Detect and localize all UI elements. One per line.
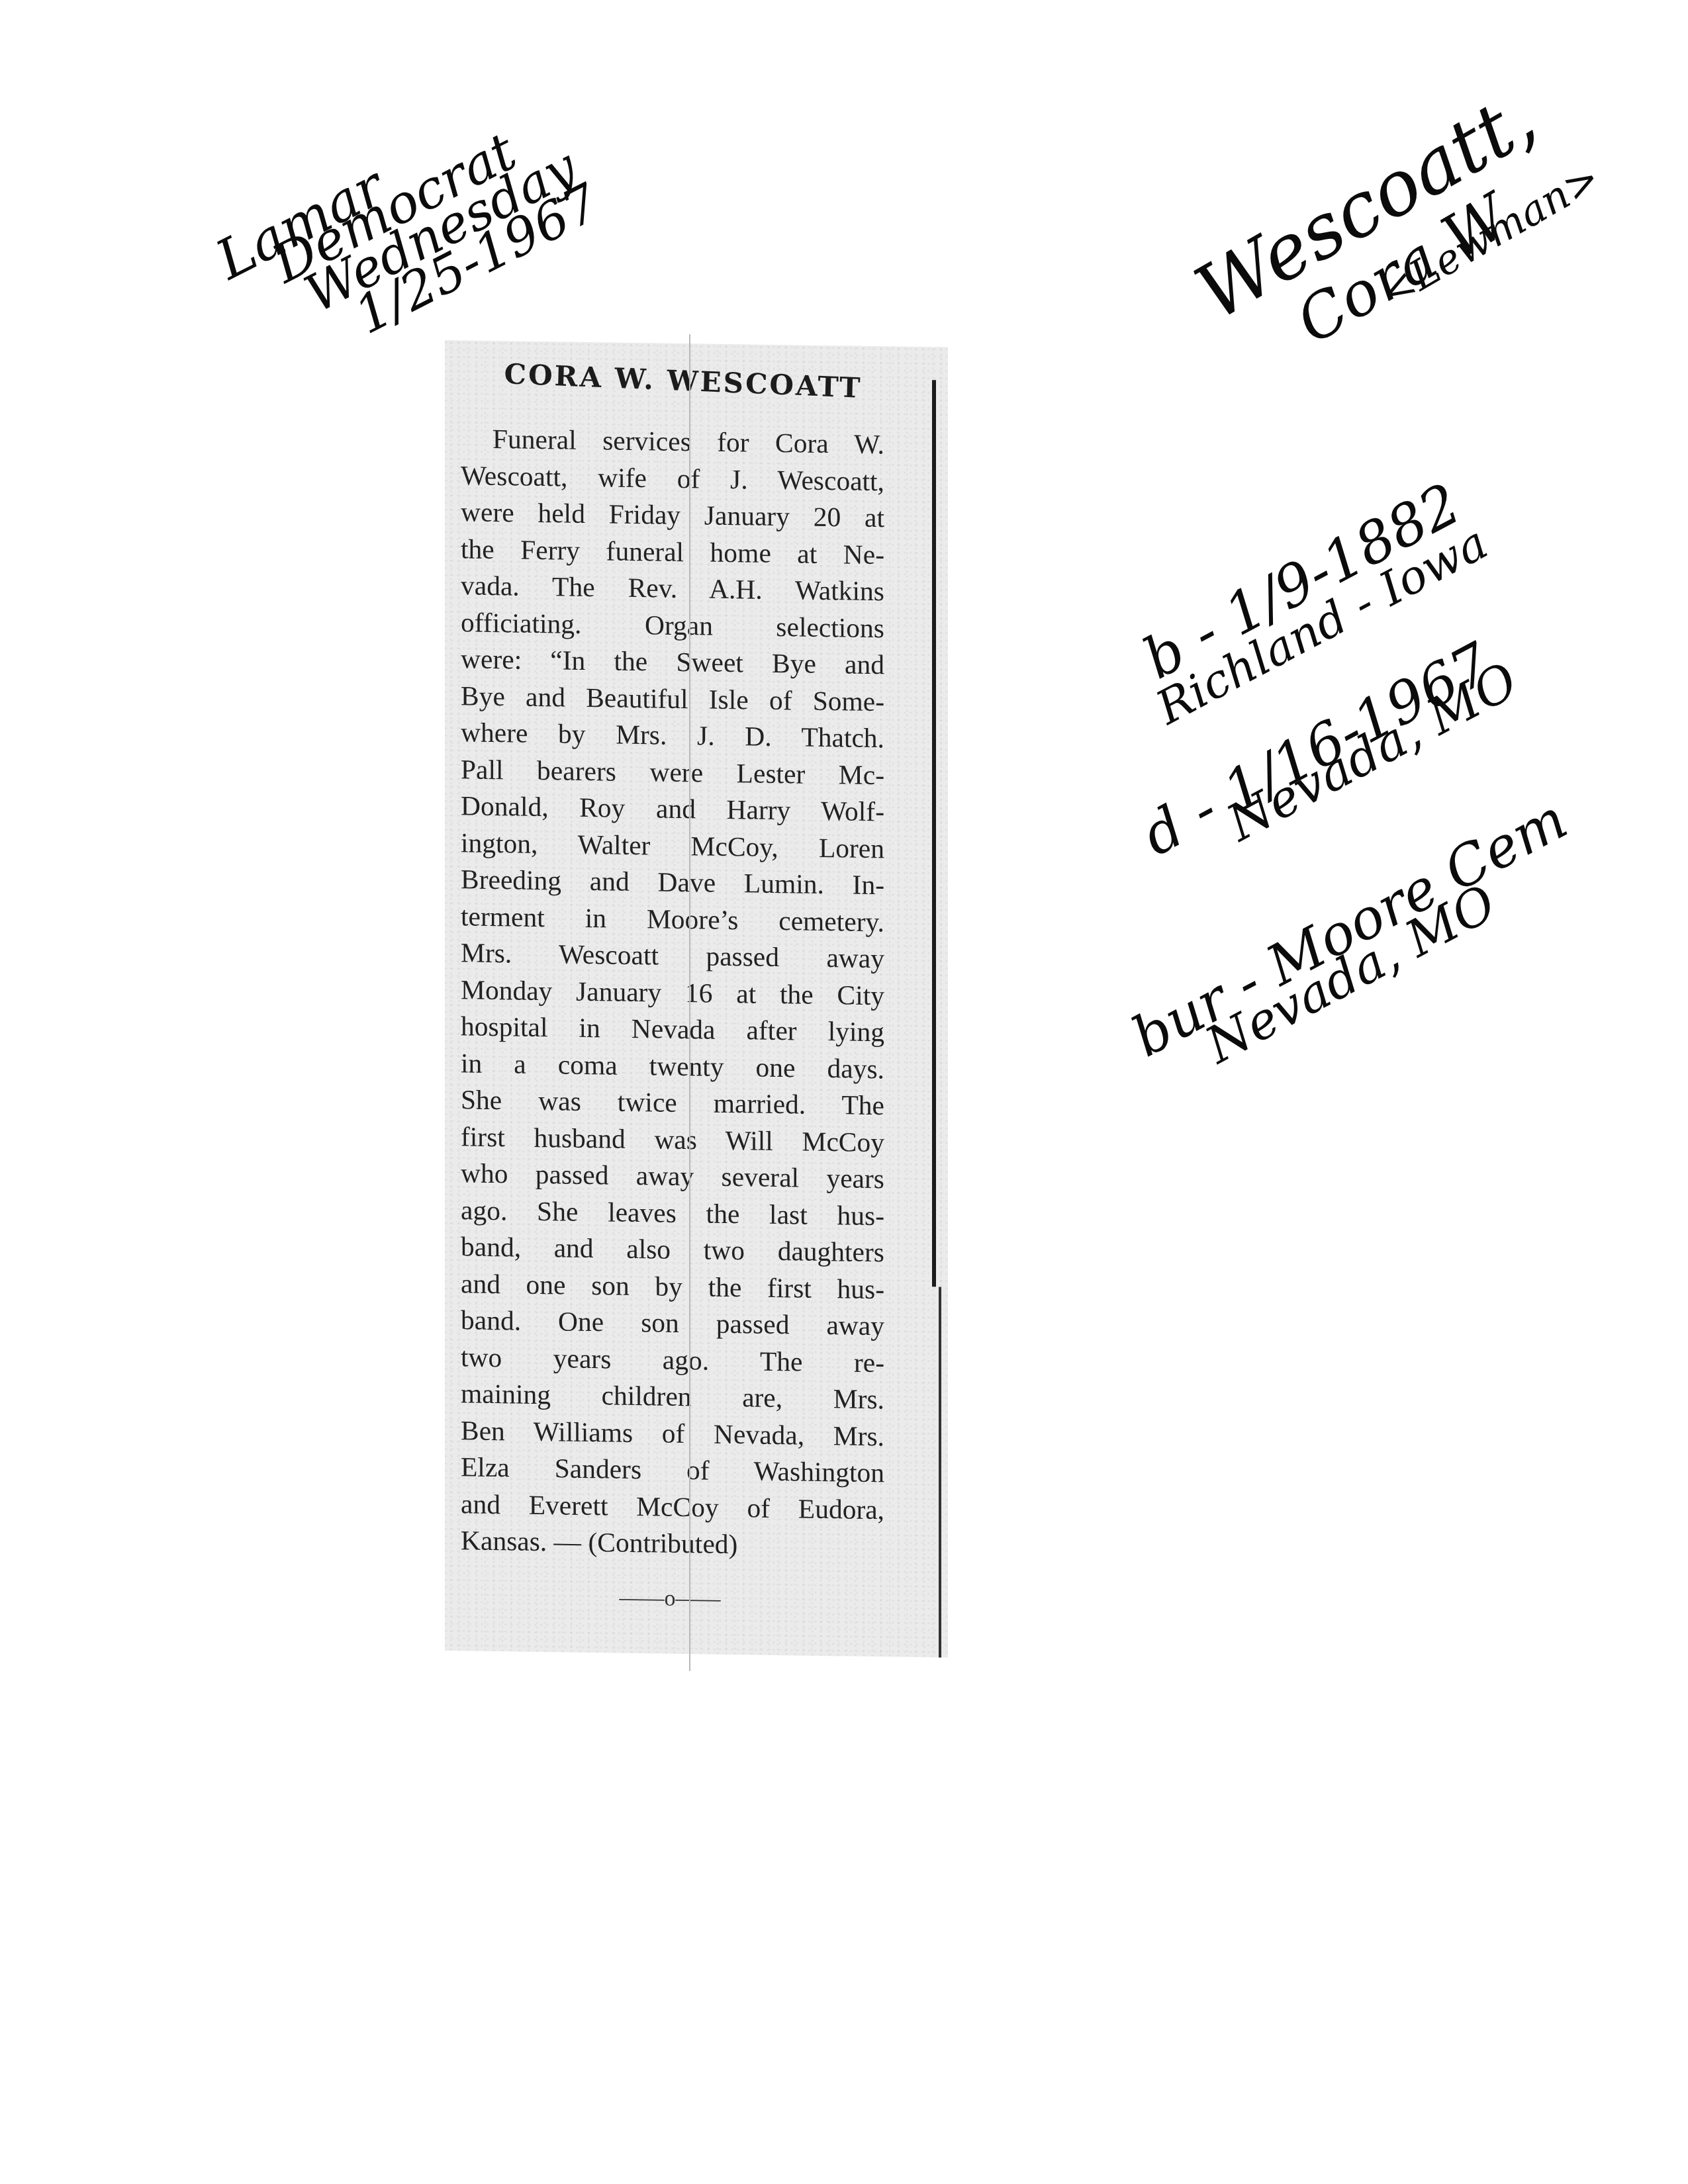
obituary-line: terment in Moore’s cemetery.: [461, 898, 884, 940]
obituary-line: hospital in Nevada after lying: [461, 1008, 884, 1050]
obituary-line: Bye and Beautiful Isle of Some-: [461, 678, 884, 720]
obituary-line: She was twice married. The: [461, 1081, 884, 1124]
obituary-line: Monday January 16 at the City: [461, 972, 884, 1014]
obituary-line: band, and also two daughters: [461, 1228, 884, 1271]
obituary-line: where by Mrs. J. D. Thatch.: [461, 714, 884, 756]
obituary-line: officiating. Organ selections: [461, 604, 884, 647]
column-rule: [932, 380, 936, 1287]
obituary-line: Mrs. Wescoatt passed away: [461, 934, 884, 977]
handwritten-name-note: Wescoatt, Cora W <Lewman>: [1178, 179, 1554, 341]
obituary-line: Pall bearers were Lester Mc-: [461, 751, 884, 794]
obituary-headline: CORA W. WESCOATT: [464, 356, 902, 406]
scanned-page: Lamar Democrat Wednesday 1/25-1967 Wesco…: [0, 0, 1688, 2184]
burial-cemetery: bur - Moore Cem: [1124, 791, 1575, 1065]
obituary-line: Funeral services for Cora W.: [461, 420, 884, 463]
obituary-line: band. One son passed away: [461, 1302, 884, 1344]
end-mark: ——o——: [458, 1583, 882, 1614]
obituary-line: ago. She leaves the last hus-: [461, 1192, 884, 1234]
obituary-line: and Everett McCoy of Eudora,: [461, 1486, 884, 1528]
handwritten-burial-note: bur - Moore Cem Nevada, MO: [1053, 781, 1534, 889]
obituary-line: Elza Sanders of Washington: [461, 1449, 884, 1491]
obituary-line: vada. The Rev. A.H. Watkins: [461, 567, 884, 610]
obituary-line: in a coma twenty one days.: [461, 1045, 884, 1087]
obituary-line: first husband was Will McCoy: [461, 1118, 884, 1161]
obituary-line: Ben Williams of Nevada, Mrs.: [461, 1412, 884, 1455]
obituary-line: two years ago. The re-: [461, 1339, 884, 1381]
obituary-line: Breeding and Dave Lumin. In-: [461, 861, 884, 903]
column-rule-lower: [939, 1287, 941, 1657]
handwritten-source-note: Lamar Democrat Wednesday 1/25-1967: [169, 99, 465, 316]
scan-fold-line: [689, 334, 690, 1671]
obituary-line: Donald, Roy and Harry Wolf-: [461, 788, 884, 830]
obituary-line: and one son by the first hus-: [461, 1265, 884, 1308]
obituary-line: who passed away several years: [461, 1155, 884, 1197]
handwritten-vital-facts: b - 1/9-1882 Richland - Iowa d - 1/16-19…: [1072, 529, 1456, 747]
obituary-line: were: “In the Sweet Bye and: [461, 641, 884, 683]
obituary-line: were held Friday January 20 at: [461, 494, 884, 536]
obituary-line: the Ferry funeral home at Ne-: [461, 531, 884, 573]
obituary-line: Wescoatt, wife of J. Wescoatt,: [461, 457, 884, 500]
obituary-line: ington, Walter McCoy, Loren: [461, 825, 884, 867]
obituary-line: maining children are, Mrs.: [461, 1375, 884, 1418]
newspaper-clipping: CORA W. WESCOATT Funeral services for Co…: [445, 340, 948, 1658]
obituary-line: Kansas. — (Contributed): [461, 1522, 884, 1565]
